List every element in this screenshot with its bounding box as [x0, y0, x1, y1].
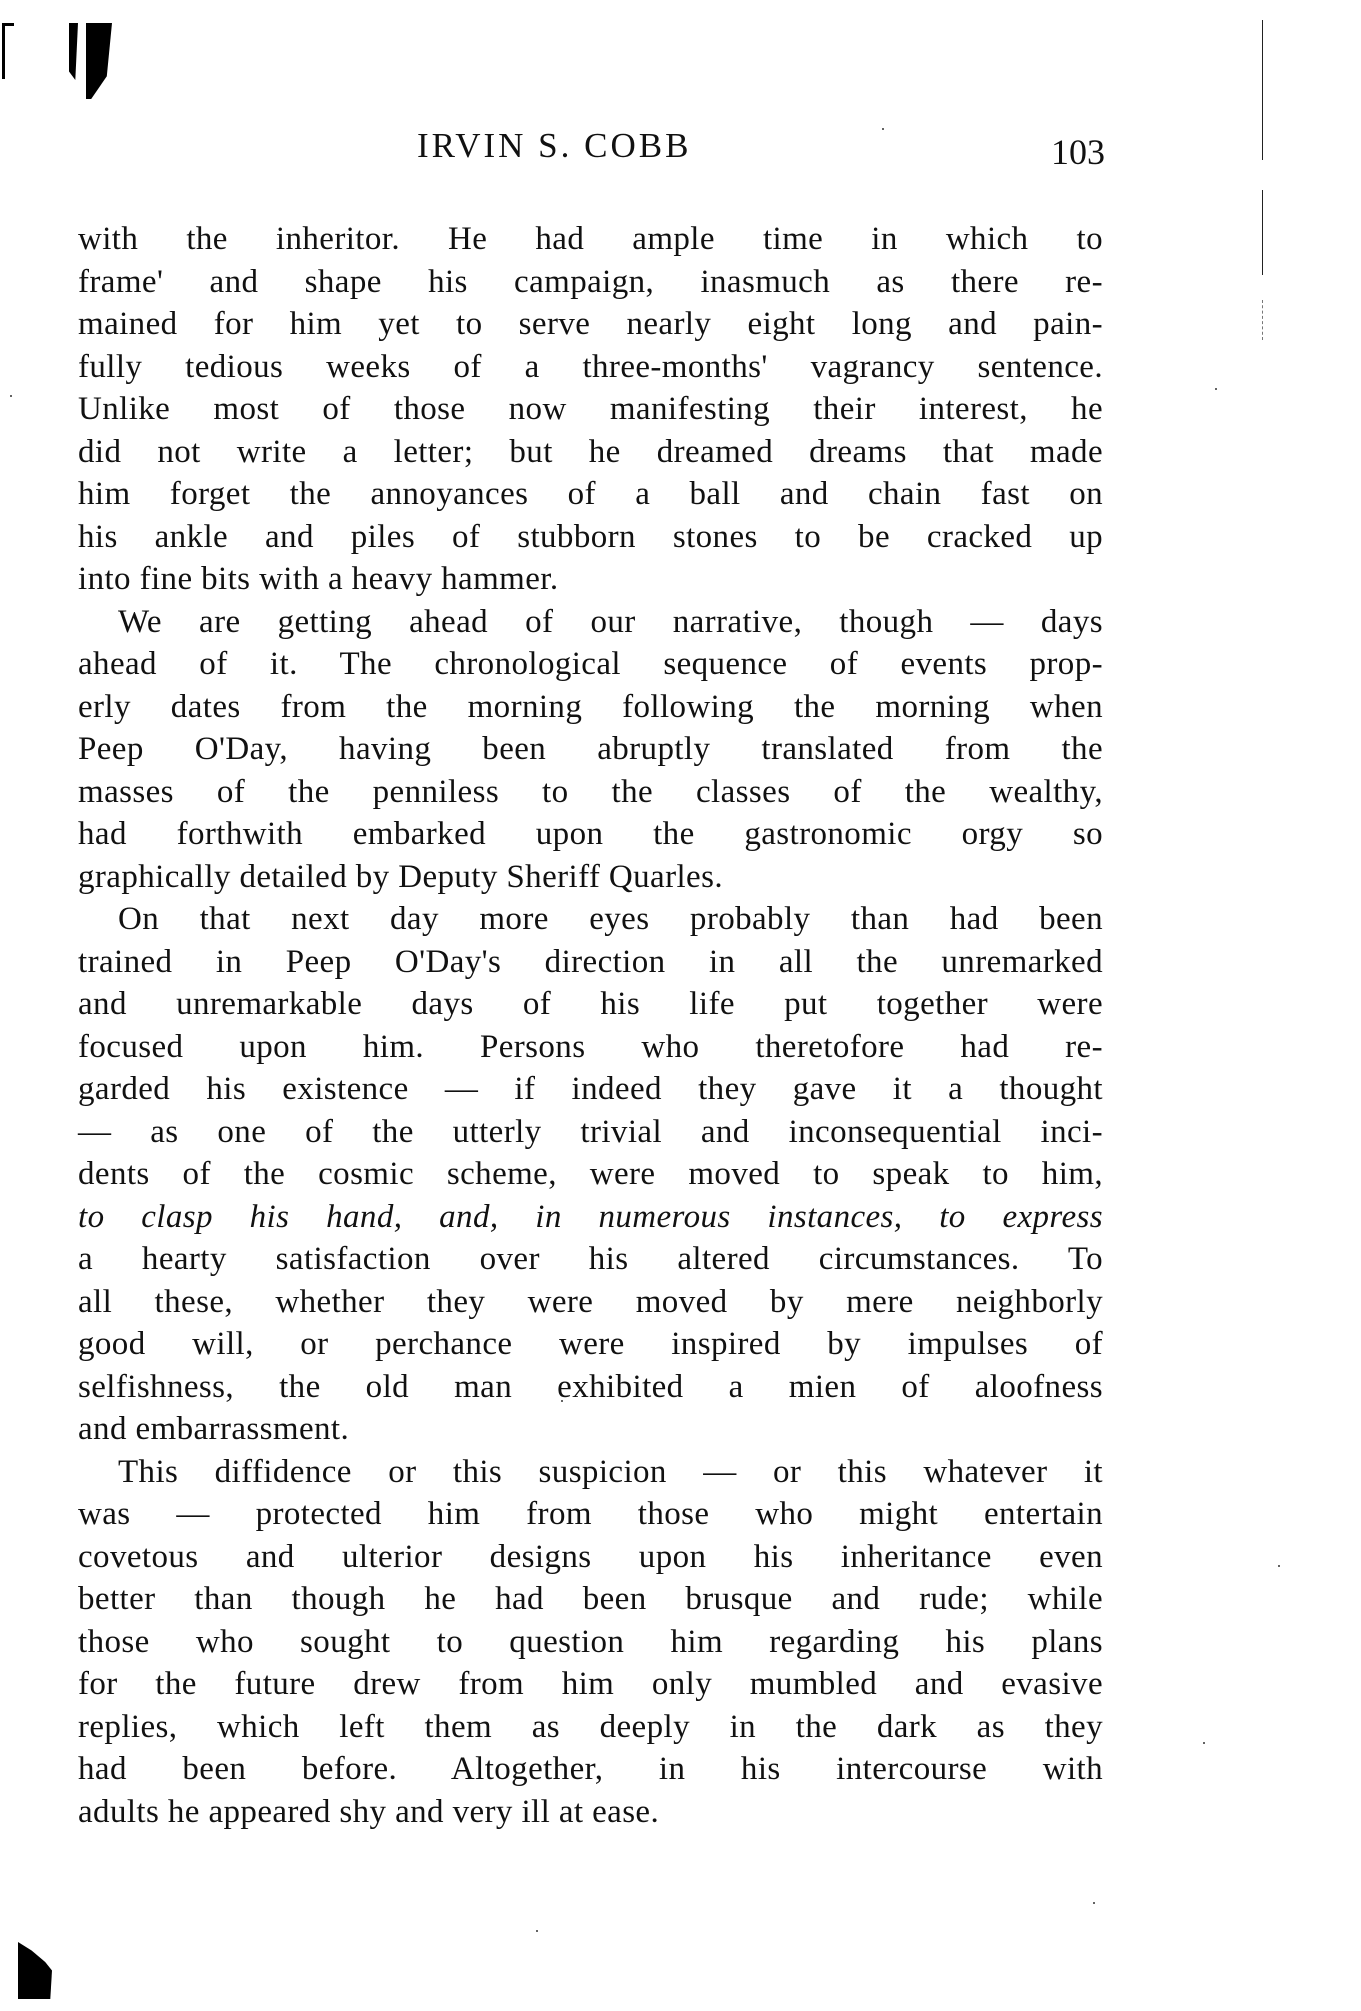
- scan-speck: [882, 128, 884, 130]
- text-line-content: Unlike most of those now manifesting the…: [78, 388, 1103, 431]
- body-text: with the inheritor. He had ample time in…: [78, 218, 1103, 1833]
- text-line: ahead of it. The chronological sequence …: [78, 643, 1103, 686]
- text-line: frame' and shape his campaign, inasmuch …: [78, 261, 1103, 304]
- text-line-content: masses of the penniless to the classes o…: [78, 771, 1103, 814]
- text-line: replies, which left them as deeply in th…: [78, 1706, 1103, 1749]
- scan-speck: [1278, 1565, 1280, 1567]
- text-line-content: with the inheritor. He had ample time in…: [78, 218, 1103, 261]
- text-line-content: garded his existence — if indeed they ga…: [78, 1068, 1103, 1111]
- text-line: and unremarkable days of his life put to…: [78, 983, 1103, 1026]
- paragraph-first-line: This diffidence or this suspicion — or t…: [78, 1451, 1103, 1494]
- paragraph-first-line: On that next day more eyes probably than…: [78, 898, 1103, 941]
- scan-margin-rule: [1262, 20, 1263, 160]
- text-line-content: covetous and ulterior designs upon his i…: [78, 1536, 1103, 1579]
- text-line: him forget the annoyances of a ball and …: [78, 473, 1103, 516]
- text-line: and embarrassment.: [78, 1408, 1103, 1451]
- text-line-content: into fine bits with a heavy hammer.: [78, 558, 1103, 601]
- scan-bracket-mark: [2, 23, 5, 79]
- scan-speck: [536, 1930, 538, 1932]
- text-line: covetous and ulterior designs upon his i…: [78, 1536, 1103, 1579]
- text-line-content: We are getting ahead of our narrative, t…: [118, 601, 1103, 644]
- scan-edge-mark-thick: [86, 23, 112, 99]
- text-line-content: to clasp his hand, and, in numerous inst…: [78, 1196, 1103, 1239]
- text-line: erly dates from the morning following th…: [78, 686, 1103, 729]
- scan-margin-rule-dashed: [1262, 300, 1264, 340]
- text-line-content: better than though he had been brusque a…: [78, 1578, 1103, 1621]
- text-line-content: good will, or perchance were inspired by…: [78, 1323, 1103, 1366]
- text-line-content: his ankle and piles of stubborn stones t…: [78, 516, 1103, 559]
- running-head: IRVIN S. COBB: [417, 126, 752, 166]
- scan-margin-rule: [1262, 190, 1263, 275]
- text-line-content: replies, which left them as deeply in th…: [78, 1706, 1103, 1749]
- text-line-content: This diffidence or this suspicion — or t…: [118, 1451, 1103, 1494]
- text-line: with the inheritor. He had ample time in…: [78, 218, 1103, 261]
- text-line: was — protected him from those who might…: [78, 1493, 1103, 1536]
- text-line-content: graphically detailed by Deputy Sheriff Q…: [78, 856, 1103, 899]
- text-line-content: had been before. Altogether, in his inte…: [78, 1748, 1103, 1791]
- text-line: trained in Peep O'Day's direction in all…: [78, 941, 1103, 984]
- text-line-content: frame' and shape his campaign, inasmuch …: [78, 261, 1103, 304]
- scan-speck: [10, 395, 12, 397]
- text-line-content: dents of the cosmic scheme, were moved t…: [78, 1153, 1103, 1196]
- text-line: adults he appeared shy and very ill at e…: [78, 1791, 1103, 1834]
- text-line-content: fully tedious weeks of a three-months' v…: [78, 346, 1103, 389]
- text-line-content: adults he appeared shy and very ill at e…: [78, 1791, 1103, 1834]
- text-line: masses of the penniless to the classes o…: [78, 771, 1103, 814]
- text-line-content: ahead of it. The chronological sequence …: [78, 643, 1103, 686]
- text-line: graphically detailed by Deputy Sheriff Q…: [78, 856, 1103, 899]
- scan-corner-mark-bottom: [18, 1942, 52, 1999]
- text-line: had been before. Altogether, in his inte…: [78, 1748, 1103, 1791]
- text-line-content: was — protected him from those who might…: [78, 1493, 1103, 1536]
- text-line-content: trained in Peep O'Day's direction in all…: [78, 941, 1103, 984]
- paragraph-first-line: We are getting ahead of our narrative, t…: [78, 601, 1103, 644]
- scan-edge-mark-thin: [69, 23, 78, 80]
- text-line-content: mained for him yet to serve nearly eight…: [78, 303, 1103, 346]
- text-line: focused upon him. Persons who theretofor…: [78, 1026, 1103, 1069]
- text-line: had forthwith embarked upon the gastrono…: [78, 813, 1103, 856]
- text-line: — as one of the utterly trivial and inco…: [78, 1111, 1103, 1154]
- text-line-content: a hearty satisfaction over his altered c…: [78, 1238, 1103, 1281]
- text-line-content: selfishness, the old man exhibited a mie…: [78, 1366, 1103, 1409]
- text-line-content: for the future drew from him only mumble…: [78, 1663, 1103, 1706]
- text-line-content: — as one of the utterly trivial and inco…: [78, 1111, 1103, 1154]
- text-line: Unlike most of those now manifesting the…: [78, 388, 1103, 431]
- text-line: a hearty satisfaction over his altered c…: [78, 1238, 1103, 1281]
- text-line: better than though he had been brusque a…: [78, 1578, 1103, 1621]
- text-line: Peep O'Day, having been abruptly transla…: [78, 728, 1103, 771]
- text-line-content: did not write a letter; but he dreamed d…: [78, 431, 1103, 474]
- text-line-content: those who sought to question him regardi…: [78, 1621, 1103, 1664]
- text-line-content: had forthwith embarked upon the gastrono…: [78, 813, 1103, 856]
- text-line: into fine bits with a heavy hammer.: [78, 558, 1103, 601]
- scan-speck: [1203, 1742, 1205, 1744]
- text-line-content: all these, whether they were moved by me…: [78, 1281, 1103, 1324]
- text-line: dents of the cosmic scheme, were moved t…: [78, 1153, 1103, 1196]
- scan-speck: [1215, 388, 1217, 390]
- text-line: his ankle and piles of stubborn stones t…: [78, 516, 1103, 559]
- text-line-content: On that next day more eyes probably than…: [118, 898, 1103, 941]
- text-line: those who sought to question him regardi…: [78, 1621, 1103, 1664]
- text-line: mained for him yet to serve nearly eight…: [78, 303, 1103, 346]
- text-line-content: focused upon him. Persons who theretofor…: [78, 1026, 1103, 1069]
- text-line: good will, or perchance were inspired by…: [78, 1323, 1103, 1366]
- text-line-content: Peep O'Day, having been abruptly transla…: [78, 728, 1103, 771]
- text-line: garded his existence — if indeed they ga…: [78, 1068, 1103, 1111]
- text-line-content: erly dates from the morning following th…: [78, 686, 1103, 729]
- scan-speck: [1093, 1902, 1095, 1904]
- text-line: did not write a letter; but he dreamed d…: [78, 431, 1103, 474]
- text-line-content: and embarrassment.: [78, 1408, 1103, 1451]
- text-line: fully tedious weeks of a three-months' v…: [78, 346, 1103, 389]
- text-line: all these, whether they were moved by me…: [78, 1281, 1103, 1324]
- text-line-content: him forget the annoyances of a ball and …: [78, 473, 1103, 516]
- page-number: 103: [1045, 132, 1105, 172]
- text-line: for the future drew from him only mumble…: [78, 1663, 1103, 1706]
- text-line: selfishness, the old man exhibited a mie…: [78, 1366, 1103, 1409]
- text-line: to clasp his hand, and, in numerous inst…: [78, 1196, 1103, 1239]
- text-line-content: and unremarkable days of his life put to…: [78, 983, 1103, 1026]
